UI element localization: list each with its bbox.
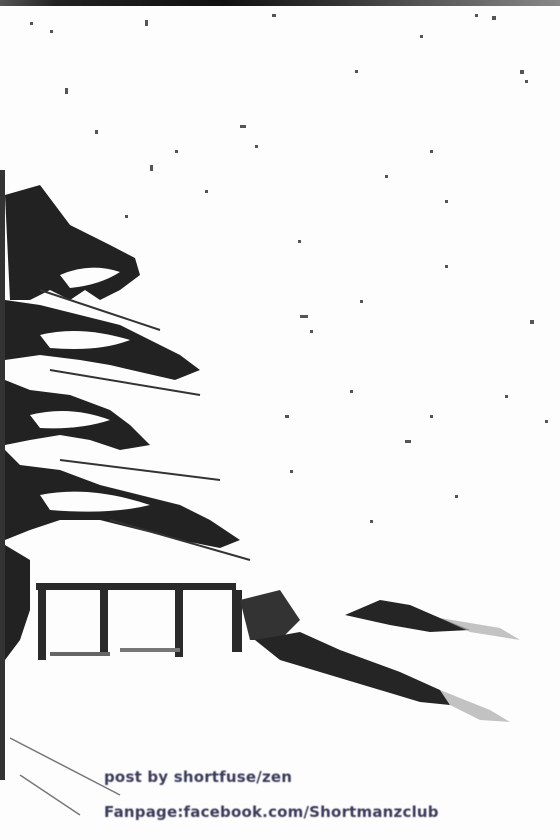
credit-fanpage-link: Fanpage:facebook.com/Shortmanzclub — [104, 803, 439, 821]
dark-shrub — [240, 590, 300, 640]
manga-page: post by shortfuse/zen Fanpage:facebook.c… — [0, 0, 560, 840]
illustration — [0, 0, 560, 840]
fence-gate — [36, 583, 242, 660]
shadow-fringes — [440, 618, 520, 722]
credit-poster: post by shortfuse/zen — [104, 768, 292, 786]
